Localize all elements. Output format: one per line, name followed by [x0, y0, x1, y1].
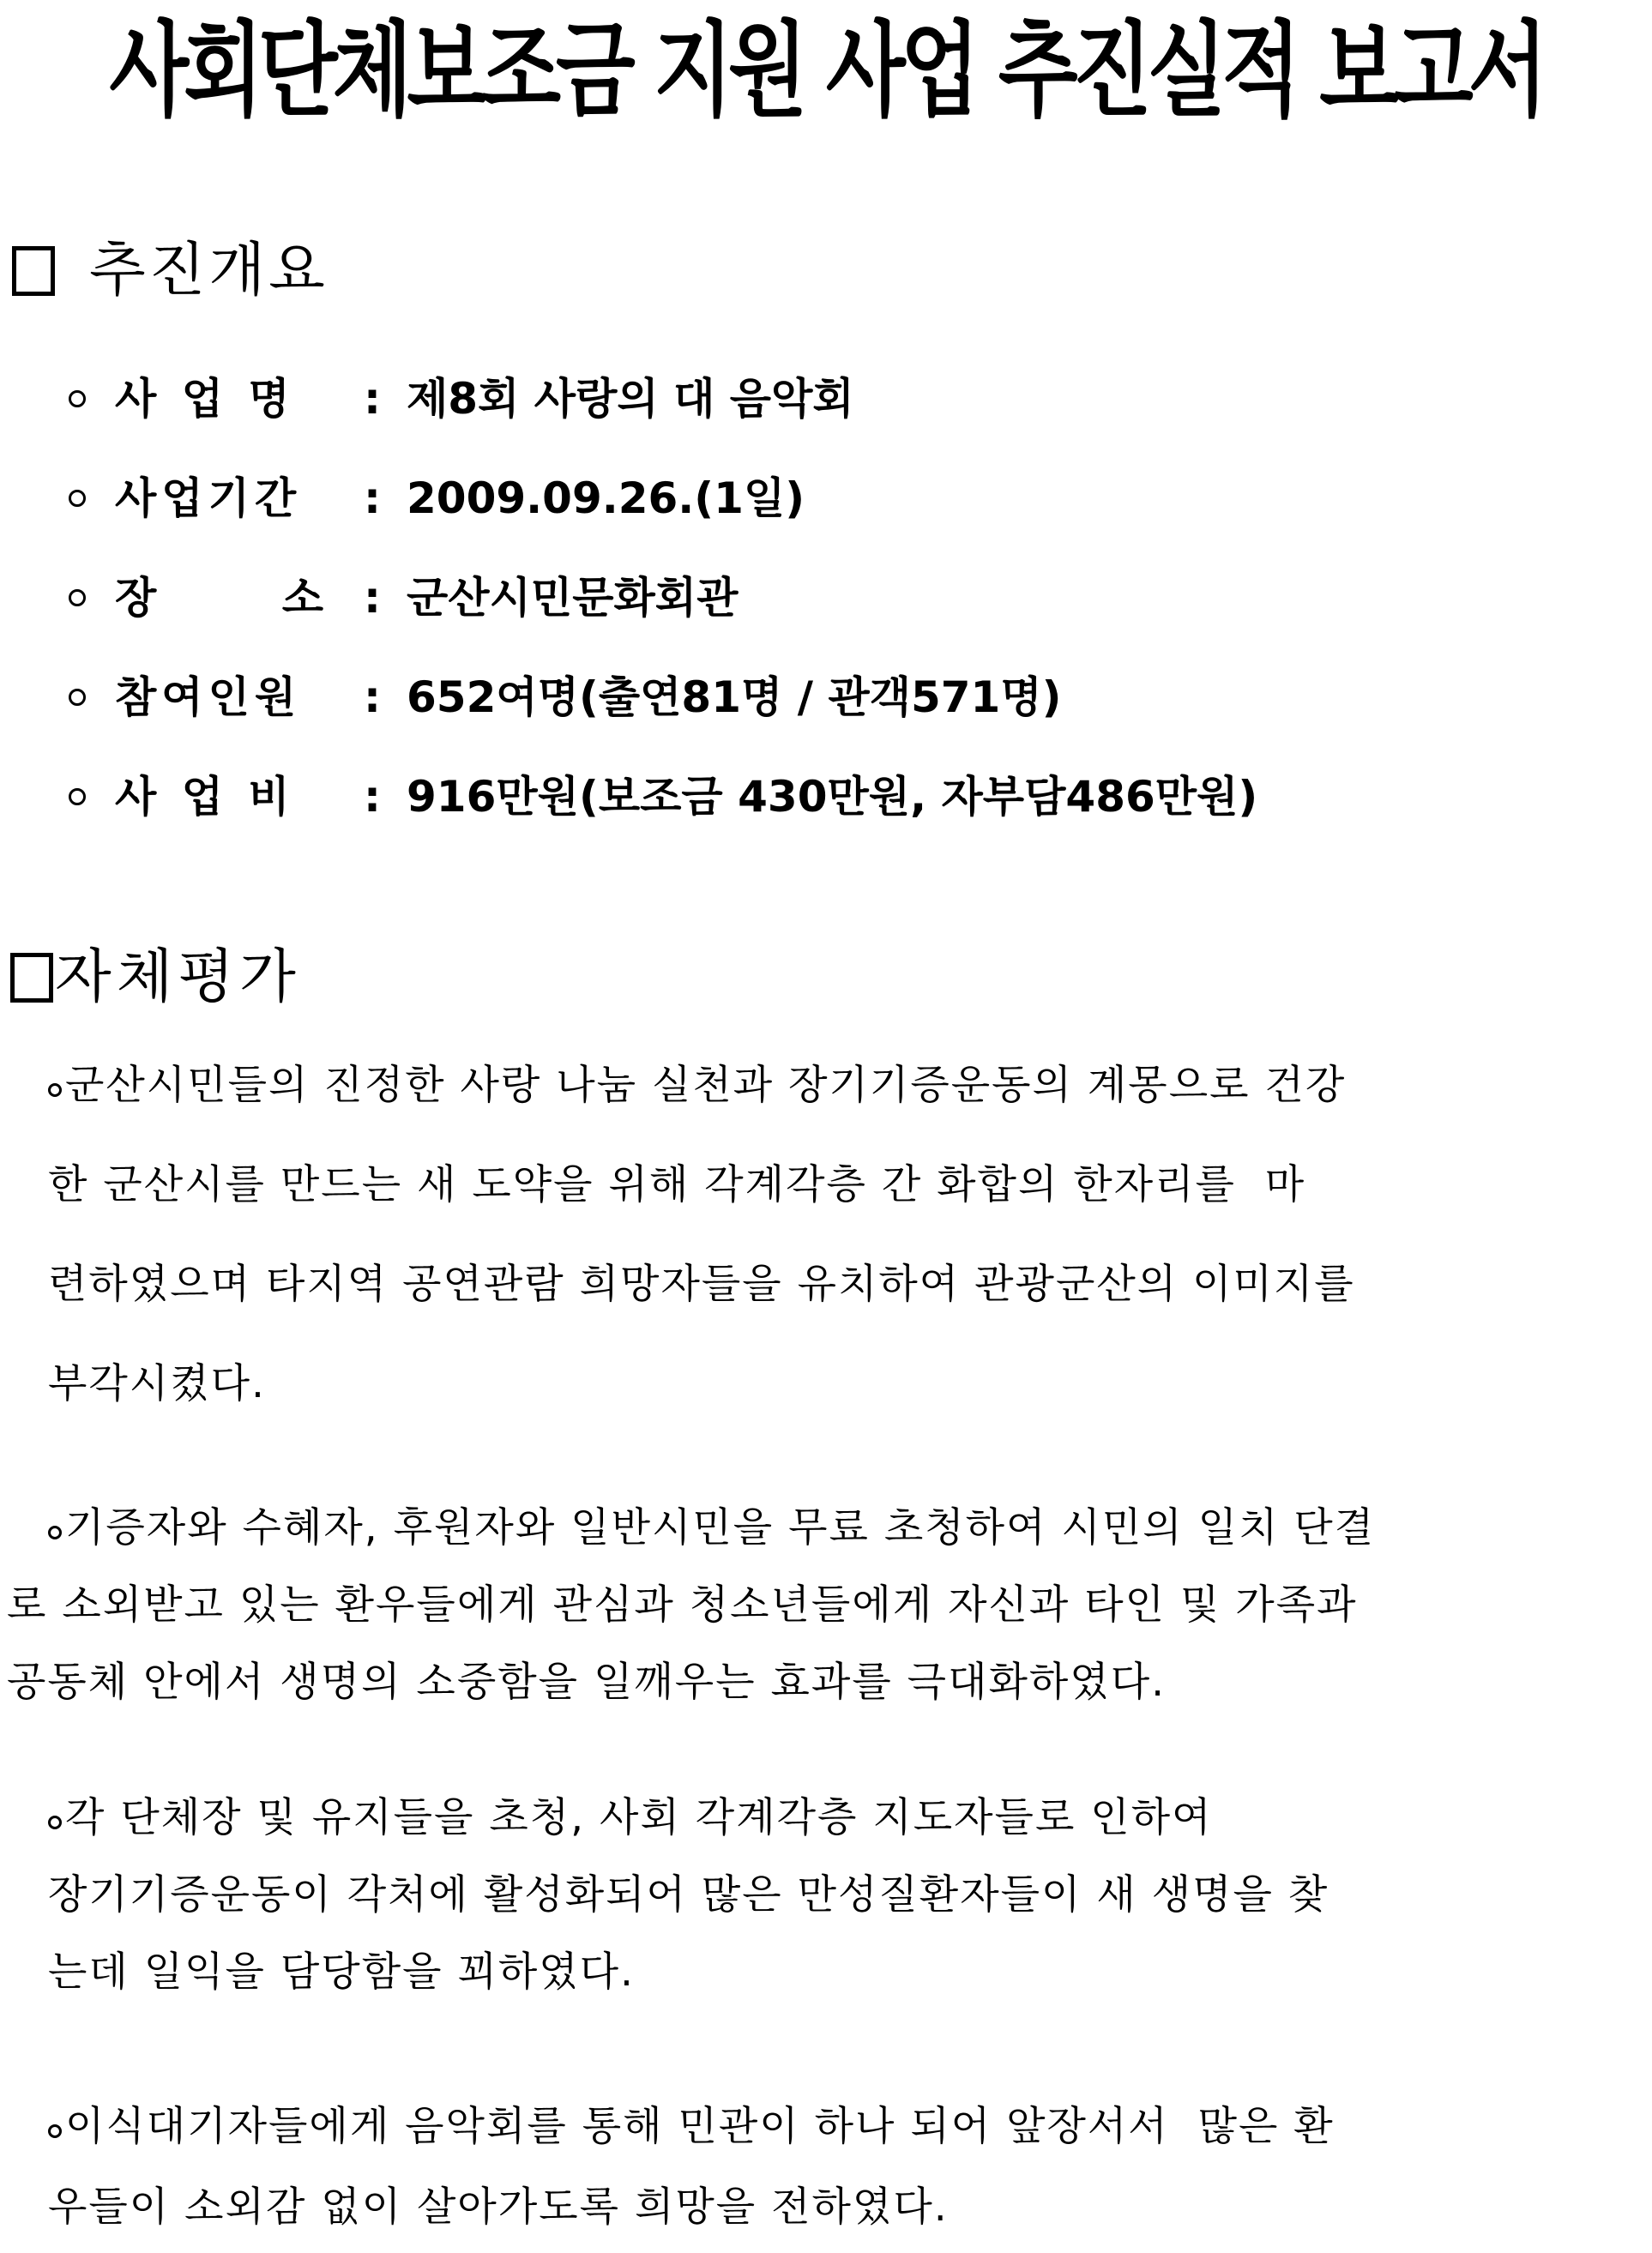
paragraph-1-line-1: 군산시민들의 진정한 사랑 나눔 실천과 장기기증운동의 계몽으로 건강: [48, 1065, 1346, 1105]
paragraph-2-line-3: 공동체 안에서 생명의 소중함을 일깨우는 효과를 극대화하였다.: [7, 1662, 1166, 1702]
paragraph-1-line-2: 한 군산시를 만드는 새 도약을 위해 각계각층 간 화합의 한자리를 마: [48, 1165, 1305, 1205]
colon-separator: :: [364, 775, 407, 818]
overview-item-participants: 참여인원 : 652여명(출연81명 / 관객571명): [69, 676, 1062, 719]
paragraph-1-line-4: 부각시켰다.: [48, 1364, 266, 1404]
checkbox-square-icon: [10, 953, 53, 1003]
colon-separator: :: [364, 377, 407, 420]
circle-bullet-icon: [69, 490, 86, 507]
paragraph-1-line-3: 련하였으며 타지역 공연관람 희망자들을 유치하여 관광군산의 이미지를: [48, 1264, 1355, 1304]
circle-bullet-icon: [48, 1083, 62, 1097]
line-text: 각 단체장 및 유지들을 초청, 사회 각계각층 지도자들로 인하여: [65, 1794, 1213, 1841]
line-text: 기증자와 수혜자, 후원자와 일반시민을 무료 초청하여 시민의 일치 단결: [65, 1504, 1375, 1551]
item-value: 군산시민문화회관: [407, 576, 738, 619]
document-title: 사회단체보조금 지원 사업 추진실적 보고서: [0, 19, 1652, 122]
section-heading-evaluation: 자체평가: [10, 949, 301, 1007]
item-value: 652여명(출연81명 / 관객571명): [407, 676, 1062, 719]
colon-separator: :: [364, 676, 407, 719]
section-heading-overview: 추진개요: [12, 242, 329, 300]
item-value: 916만원(보조금 430만원, 자부담486만원): [407, 775, 1257, 818]
overview-item-budget: 사 업 비 : 916만원(보조금 430만원, 자부담486만원): [69, 775, 1257, 818]
section-heading-text: 추진개요: [89, 242, 329, 300]
paragraph-2-line-2: 로 소외받고 있는 환우들에게 관심과 청소년들에게 자신과 타인 및 가족과: [7, 1585, 1358, 1625]
item-label: 참여인원: [115, 676, 364, 719]
circle-bullet-icon: [48, 1526, 62, 1539]
item-label: 장 소: [115, 576, 364, 619]
circle-bullet-icon: [69, 788, 86, 805]
circle-bullet-icon: [69, 689, 86, 706]
paragraph-3-line-1: 각 단체장 및 유지들을 초청, 사회 각계각층 지도자들로 인하여: [48, 1798, 1213, 1838]
paragraph-4-line-2: 우들이 소외감 없이 살아가도록 희망을 전하였다.: [48, 2187, 949, 2227]
paragraph-3-line-3: 는데 일익을 담당함을 꾀하였다.: [48, 1952, 635, 1992]
item-label: 사 업 비: [115, 775, 364, 818]
circle-bullet-icon: [69, 589, 86, 606]
colon-separator: :: [364, 576, 407, 619]
overview-item-period: 사업기간 : 2009.09.26.(1일): [69, 477, 805, 520]
colon-separator: :: [364, 477, 407, 520]
circle-bullet-icon: [69, 390, 86, 407]
item-label: 사 업 명: [115, 377, 364, 420]
line-text: 군산시민들의 진정한 사랑 나눔 실천과 장기기증운동의 계몽으로 건강: [65, 1062, 1346, 1109]
line-text: 이식대기자들에게 음악회를 통해 민관이 하나 되어 앞장서서 많은 환: [65, 2103, 1335, 2150]
item-label: 사업기간: [115, 477, 364, 520]
item-value: 2009.09.26.(1일): [407, 477, 805, 520]
overview-item-venue: 장 소 : 군산시민문화회관: [69, 576, 738, 619]
section-heading-text: 자체평가: [55, 949, 301, 1007]
paragraph-3-line-2: 장기기증운동이 각처에 활성화되어 많은 만성질환자들이 새 생명을 찾: [48, 1875, 1329, 1915]
item-value: 제8회 사랑의 대 음악회: [407, 377, 854, 420]
checkbox-square-icon: [12, 246, 55, 296]
circle-bullet-icon: [48, 2124, 62, 2138]
paragraph-4-line-1: 이식대기자들에게 음악회를 통해 민관이 하나 되어 앞장서서 많은 환: [48, 2106, 1335, 2147]
overview-item-project-name: 사 업 명 : 제8회 사랑의 대 음악회: [69, 377, 854, 420]
paragraph-2-line-1: 기증자와 수혜자, 후원자와 일반시민을 무료 초청하여 시민의 일치 단결: [48, 1508, 1375, 1548]
circle-bullet-icon: [48, 1816, 62, 1829]
